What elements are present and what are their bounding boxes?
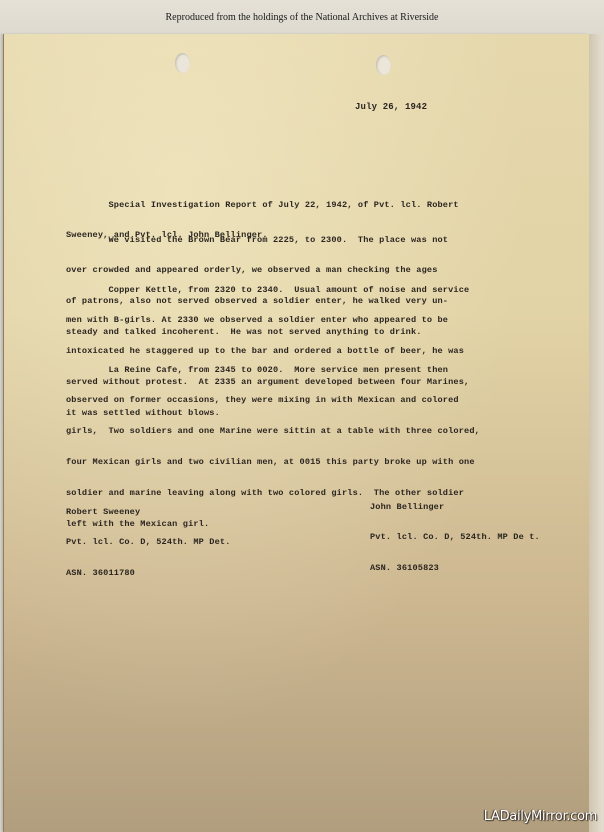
text-line: girls, Two soldiers and one Marine were … <box>66 426 480 436</box>
signature-block-bellinger: John Bellinger Pvt. lcl. Co. D, 524th. M… <box>370 481 540 594</box>
document-date: July 26, 1942 <box>355 102 427 112</box>
signature-rank: Pvt. lcl. Co. D, 524th. MP Det. <box>66 537 231 547</box>
text-line: Copper Kettle, from 2320 to 2340. Usual … <box>66 285 469 295</box>
scan-frame: Reproduced from the holdings of the Nati… <box>0 0 604 832</box>
signature-name: John Bellinger <box>370 502 540 512</box>
heading-line: Special Investigation Report of July 22,… <box>66 200 459 210</box>
text-line: observed on former occasions, they were … <box>66 395 480 405</box>
site-watermark: LADailyMirror.com <box>484 809 597 824</box>
signature-asn: ASN. 36011780 <box>66 568 231 578</box>
signature-block-sweeney: Robert Sweeney Pvt. lcl. Co. D, 524th. M… <box>66 486 231 599</box>
punch-hole-right <box>376 55 391 75</box>
text-line: La Reine Cafe, from 2345 to 0020. More s… <box>66 365 480 375</box>
punch-hole-left <box>175 53 190 73</box>
signature-name: Robert Sweeney <box>66 507 231 517</box>
text-line: men with B-girls. At 2330 we observed a … <box>66 315 469 325</box>
signature-asn: ASN. 36105823 <box>370 563 540 573</box>
text-line: four Mexican girls and two civilian men,… <box>66 457 480 467</box>
typewritten-page: July 26, 1942 Special Investigation Repo… <box>3 34 589 832</box>
archive-caption: Reproduced from the holdings of the Nati… <box>0 12 604 23</box>
text-line: We visited the Brown Bear from 2225, to … <box>66 235 448 245</box>
signature-rank: Pvt. lcl. Co. D, 524th. MP De t. <box>370 532 540 542</box>
